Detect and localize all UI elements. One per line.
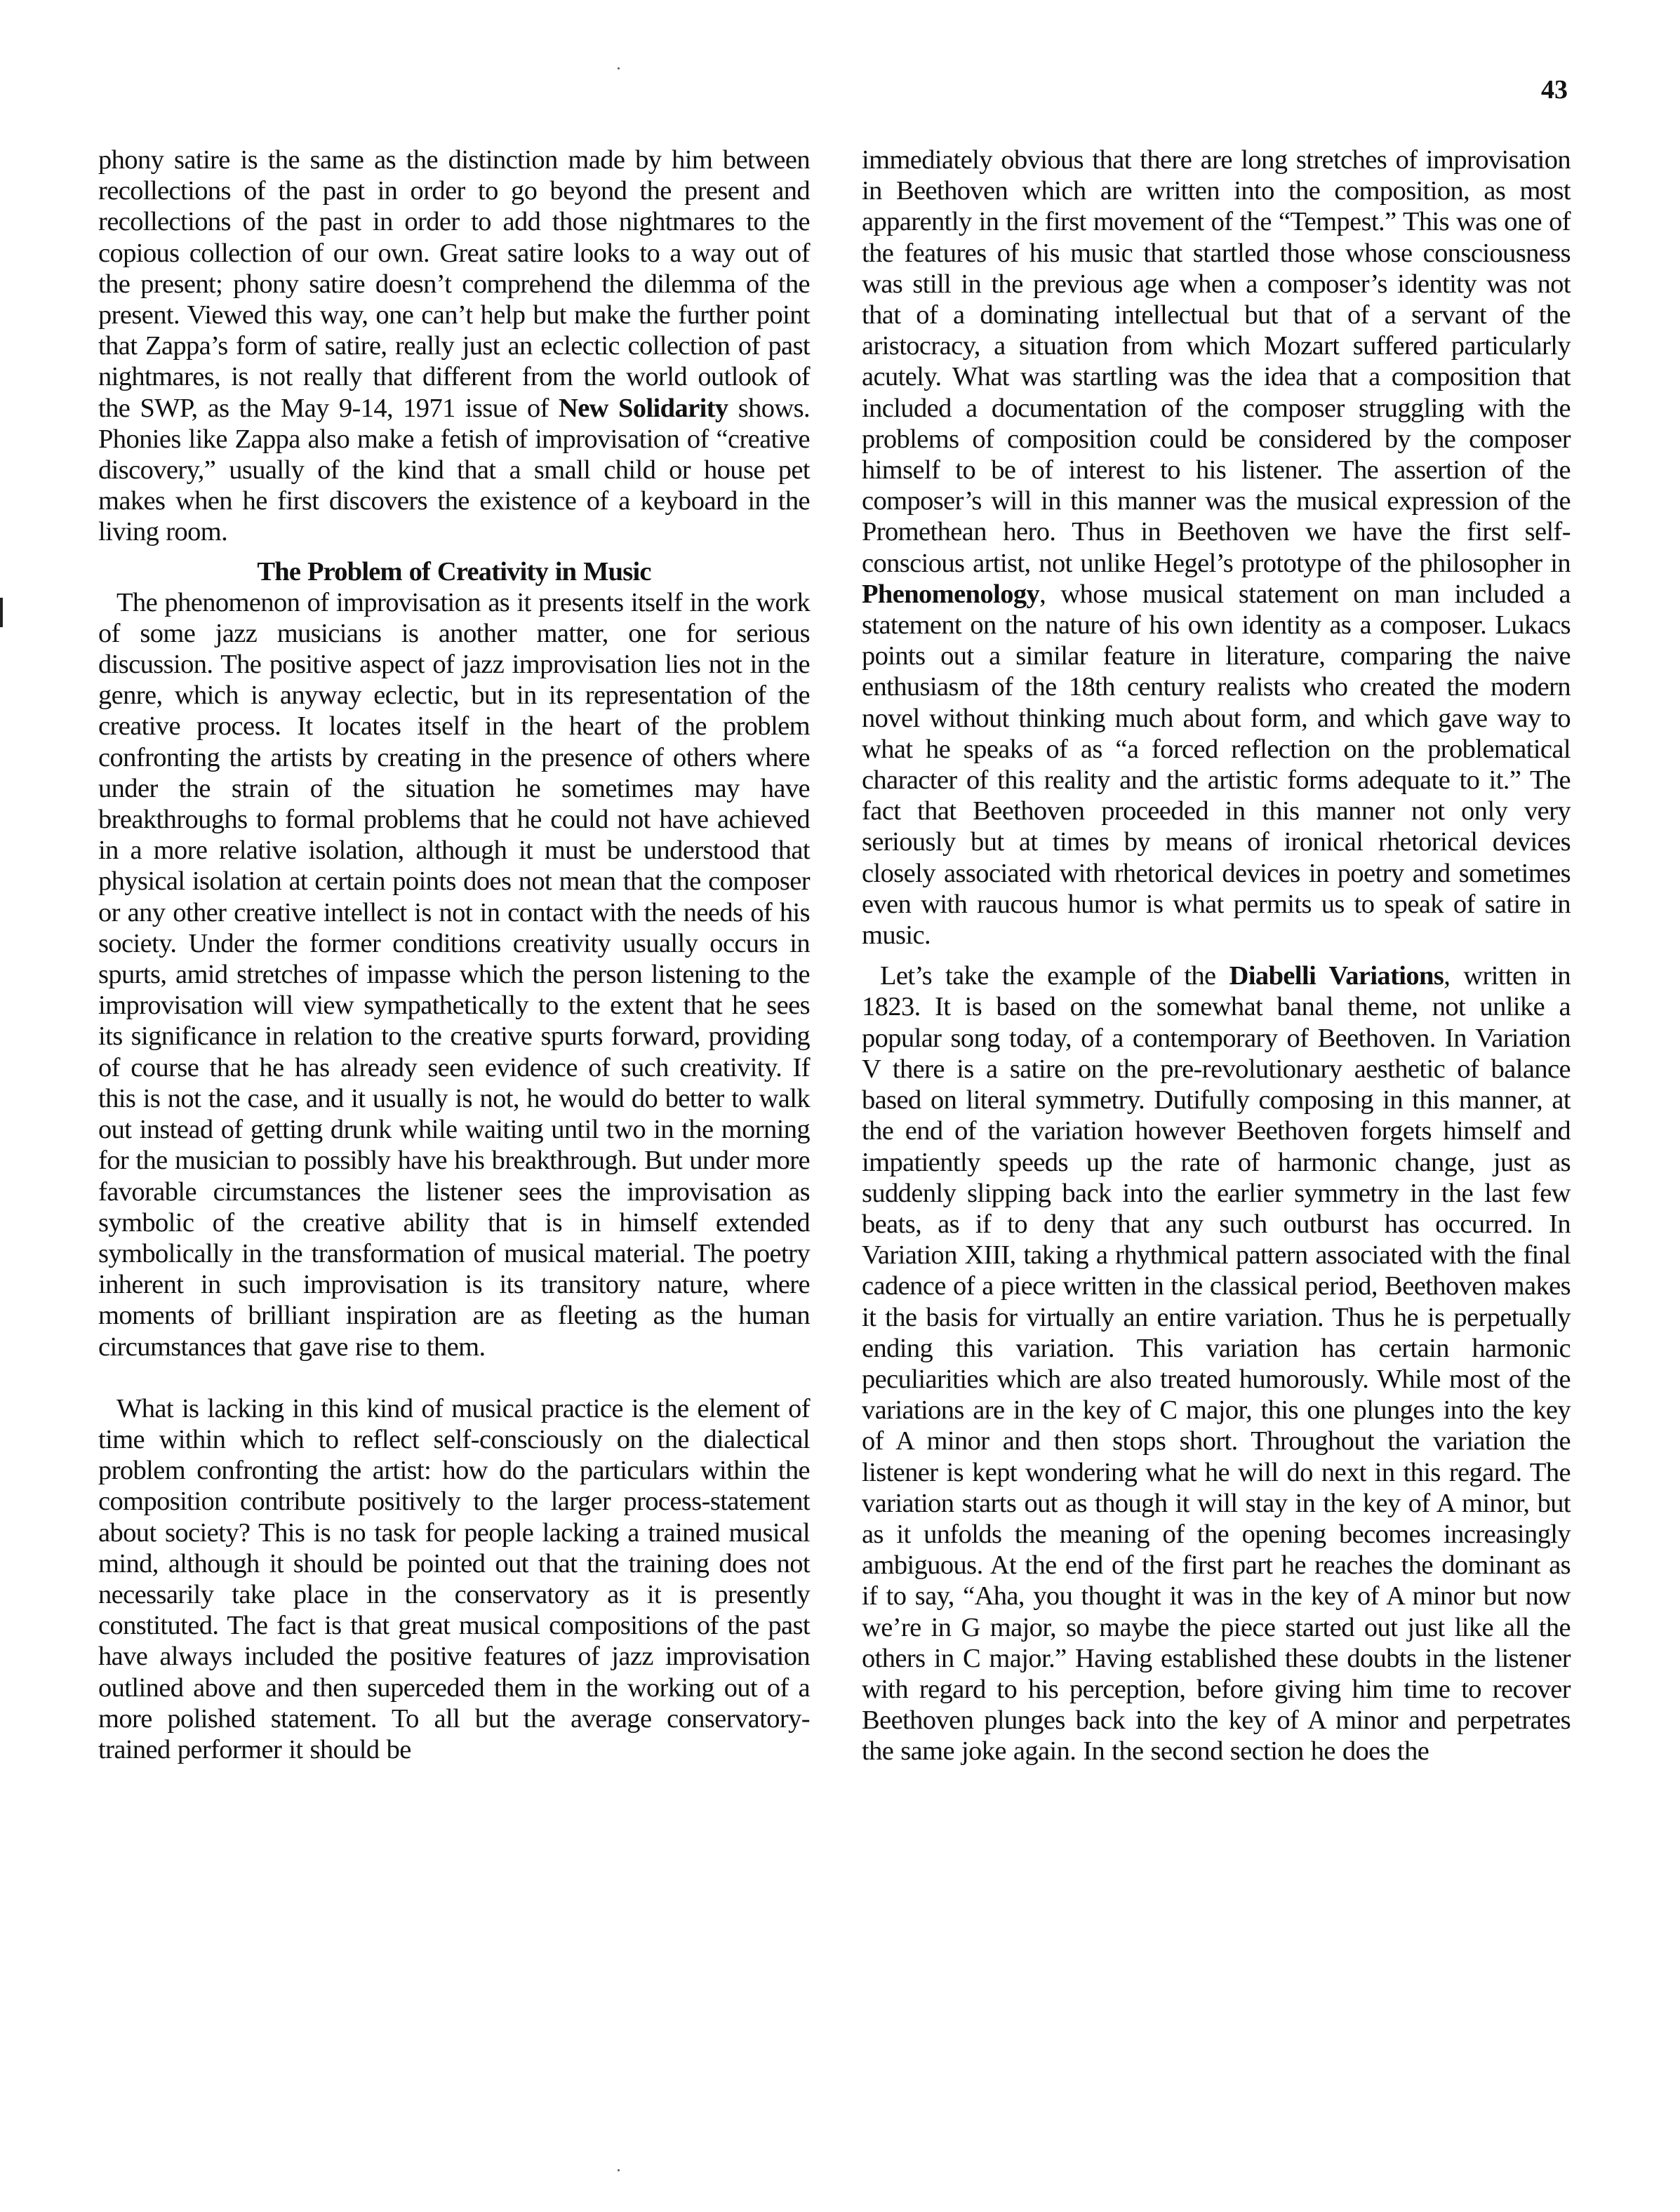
scan-artifact-mark [0,598,3,627]
work-title-diabelli-variations: Diabelli Variations [1229,961,1444,991]
paragraph-text: , written in 1823. It is based on the so… [862,961,1571,1766]
scan-speck [618,2169,620,2171]
scan-speck [618,67,620,69]
book-title-phenomenology: Phenomenology [862,579,1039,609]
paragraph-text: Let’s take the example of the [880,961,1229,991]
paragraph-satire: phony satire is the same as the distinct… [98,145,810,548]
section-heading: The Problem of Creativity in Music [98,556,810,587]
paragraph-text: , whose musical statement on man include… [862,579,1571,950]
paragraph-text: phony satire is the same as the distinct… [98,145,810,423]
paragraph-text: immediately obvious that there are long … [862,145,1571,578]
left-column: phony satire is the same as the distinct… [98,145,810,1765]
paragraph-lacking: What is lacking in this kind of musical … [98,1393,810,1765]
publication-title-new-solidarity: New Solidarity [559,394,728,423]
paragraph-improvisation: The phenomenon of improvisation as it pr… [98,587,810,1362]
page-number: 43 [1541,74,1568,105]
document-page: 43 phony satire is the same as the disti… [0,0,1680,2212]
right-column: immediately obvious that there are long … [862,145,1571,1767]
paragraph-diabelli: Let’s take the example of the Diabelli V… [862,960,1571,1767]
paragraph-beethoven-improvisation: immediately obvious that there are long … [862,145,1571,951]
